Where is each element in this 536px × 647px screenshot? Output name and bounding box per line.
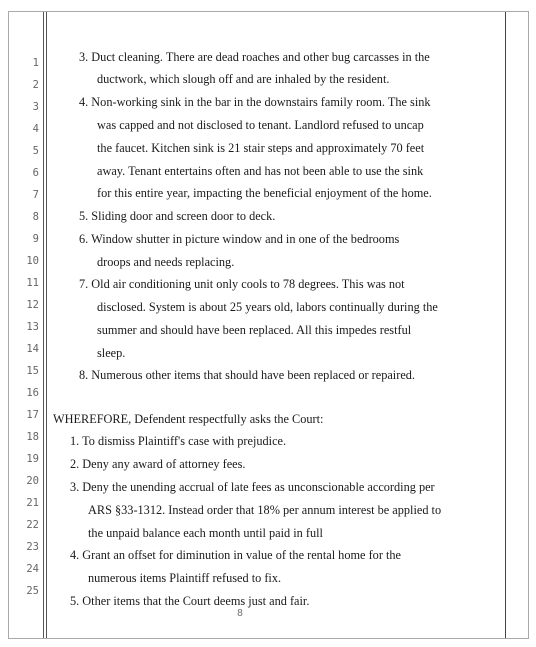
line-number: 10 (9, 255, 39, 267)
line-number: 18 (9, 431, 39, 443)
list-item-6-line-1: 6. Window shutter in picture window and … (79, 232, 399, 247)
line-number: 3 (9, 101, 39, 113)
line-number: 11 (9, 277, 39, 289)
request-5: 5. Other items that the Court deems just… (70, 594, 309, 609)
line-number: 13 (9, 321, 39, 333)
line-number: 7 (9, 189, 39, 201)
line-number: 2 (9, 79, 39, 91)
line-number: 1 (9, 57, 39, 69)
line-number: 8 (9, 211, 39, 223)
list-item-4-line-4: away. Tenant entertains often and has no… (97, 164, 423, 179)
line-number: 14 (9, 343, 39, 355)
line-number: 22 (9, 519, 39, 531)
request-1: 1. To dismiss Plaintiff's case with prej… (70, 434, 286, 449)
list-item-7-line-2: disclosed. System is about 25 years old,… (97, 300, 438, 315)
list-item-6-line-2: droops and needs replacing. (97, 255, 234, 270)
list-item-3-line-1: 3. Duct cleaning. There are dead roaches… (79, 50, 430, 65)
list-item-3-line-2: ductwork, which slough off and are inhal… (97, 72, 389, 87)
line-number: 23 (9, 541, 39, 553)
wherefore-clause: WHEREFORE, Defendent respectfully asks t… (53, 412, 323, 427)
legal-pleading-page: 1 2 3 4 5 6 7 8 9 10 11 12 13 14 15 16 1… (8, 11, 529, 639)
line-number: 9 (9, 233, 39, 245)
line-number: 4 (9, 123, 39, 135)
line-number: 19 (9, 453, 39, 465)
request-4-line-2: numerous items Plaintiff refused to fix. (88, 571, 281, 586)
line-number: 17 (9, 409, 39, 421)
request-4-line-1: 4. Grant an offset for diminution in val… (70, 548, 401, 563)
list-item-8-line-1: 8. Numerous other items that should have… (79, 368, 415, 383)
margin-rule-left-1 (43, 12, 44, 638)
margin-rule-left-2 (46, 12, 47, 638)
list-item-4-line-1: 4. Non-working sink in the bar in the do… (79, 95, 431, 110)
list-item-7-line-1: 7. Old air conditioning unit only cools … (79, 277, 405, 292)
line-number: 21 (9, 497, 39, 509)
request-3-line-1: 3. Deny the unending accrual of late fee… (70, 480, 435, 495)
list-item-5-line-1: 5. Sliding door and screen door to deck. (79, 209, 275, 224)
line-number: 24 (9, 563, 39, 575)
page-number: 8 (237, 608, 243, 619)
line-number: 25 (9, 585, 39, 597)
request-2: 2. Deny any award of attorney fees. (70, 457, 246, 472)
request-3-line-2: ARS §33-1312. Instead order that 18% per… (88, 503, 441, 518)
list-item-4-line-5: for this entire year, impacting the bene… (97, 186, 432, 201)
line-number: 16 (9, 387, 39, 399)
line-number: 15 (9, 365, 39, 377)
list-item-7-line-4: sleep. (97, 346, 125, 361)
list-item-4-line-2: was capped and not disclosed to tenant. … (97, 118, 424, 133)
line-number: 6 (9, 167, 39, 179)
list-item-4-line-3: the faucet. Kitchen sink is 21 stair ste… (97, 141, 424, 156)
line-number: 5 (9, 145, 39, 157)
margin-rule-right (505, 12, 506, 638)
line-number: 20 (9, 475, 39, 487)
list-item-7-line-3: summer and should have been replaced. Al… (97, 323, 411, 338)
line-number: 12 (9, 299, 39, 311)
request-3-line-3: the unpaid balance each month until paid… (88, 526, 323, 541)
